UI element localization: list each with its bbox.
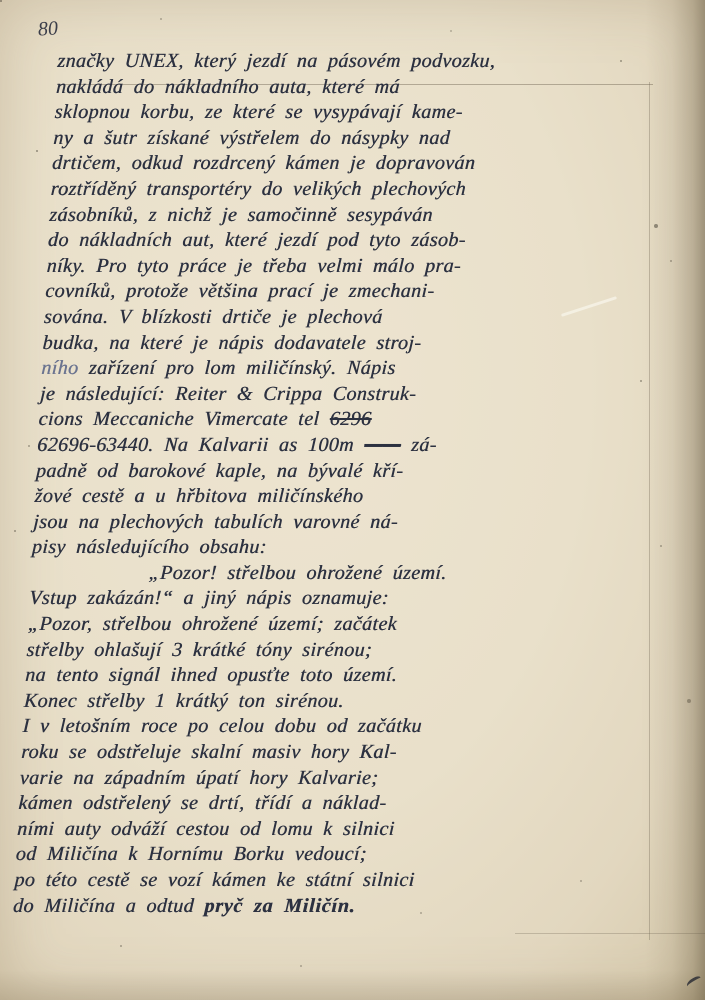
manuscript-line: jsou na plechových tabulích varovné ná- (33, 510, 630, 536)
manuscript-line: značky UNEX, který jezdí na pásovém podv… (57, 49, 654, 75)
manuscript-line: „Pozor, střelbou ohrožené území; začátek (27, 612, 624, 638)
manuscript-text-segment: roku se odstřeluje skalní masiv hory Kal… (21, 741, 398, 763)
manuscript-text-segment: níky. Pro tyto práce je třeba velmi málo… (46, 255, 462, 277)
manuscript-text-segment: po této cestě se vozí kámen ke státní si… (14, 869, 415, 891)
manuscript-text-segment: varie na západním úpatí hory Kalvarie; (19, 767, 379, 789)
manuscript-text-segment: 6296 (329, 408, 372, 430)
manuscript-text-segment: střelby ohlašují 3 krátké tóny sirénou; (26, 639, 373, 661)
manuscript-line: níky. Pro tyto práce je třeba velmi málo… (46, 254, 643, 280)
manuscript-line: do Miličína a odtud pryč za Miličín. (12, 894, 609, 920)
manuscript-text-segment: padně od barokové kaple, na bývalé kří- (35, 460, 404, 482)
manuscript-text-segment: ny a šutr získané výstřelem do násypky n… (53, 127, 451, 149)
manuscript-text-segment: je následující: Reiter & Crippa Construk… (39, 383, 417, 405)
manuscript-line: do nákladních aut, které jezdí pod tyto … (47, 228, 644, 254)
page-number: 80 (37, 17, 59, 41)
manuscript-line: ního zařízení pro lom miličínský. Nápis (41, 356, 638, 382)
manuscript-line: varie na západním úpatí hory Kalvarie; (19, 766, 616, 792)
manuscript-text-segment: drtičem, odkud rozdrcený kámen je doprav… (51, 152, 475, 174)
manuscript-text-segment: na tento signál ihned opusťte toto území… (25, 664, 398, 686)
manuscript-line: po této cestě se vozí kámen ke státní si… (14, 868, 611, 894)
manuscript-line: na tento signál ihned opusťte toto území… (24, 663, 621, 689)
manuscript-text-segment: budka, na které je nápis dodavatele stro… (42, 332, 422, 354)
manuscript-line: nakládá do nákladního auta, které má (55, 75, 652, 101)
manuscript-text-segment: značky UNEX, který jezdí na pásovém podv… (57, 50, 496, 72)
manuscript-line: střelby ohlašují 3 krátké tóny sirénou; (26, 638, 623, 664)
manuscript-line: sklopnou korbu, ze které se vysypávají k… (54, 100, 651, 126)
manuscript-line: budka, na které je nápis dodavatele stro… (42, 331, 639, 357)
page-edge-shadow-bottom (0, 970, 705, 1000)
manuscript-line: roztříděný transportéry do velikých plec… (50, 177, 647, 203)
ruled-line-right-margin (649, 82, 650, 940)
manuscript-line: I v letošním roce po celou dobu od začát… (22, 714, 619, 740)
manuscript-text-segment: do nákladních aut, které jezdí pod tyto … (47, 229, 466, 251)
manuscript-line: covníků, protože většina prací je zmecha… (45, 279, 642, 305)
manuscript-text-segment: I v letošním roce po celou dobu od začát… (22, 715, 422, 737)
manuscript-text-segment: zařízení pro lom miličínský. Nápis (78, 357, 396, 379)
manuscript-text-segment: —— (364, 434, 402, 456)
manuscript-text-segment: jsou na plechových tabulích varovné ná- (33, 511, 399, 533)
manuscript-text-segment: „Pozor! střelbou ohrožené území. (148, 562, 447, 584)
manuscript-line: roku se odstřeluje skalní masiv hory Kal… (20, 740, 617, 766)
manuscript-text-segment: sklopnou korbu, ze které se vysypávají k… (54, 101, 463, 123)
manuscript-text-block: značky UNEX, který jezdí na pásovém podv… (12, 49, 654, 919)
manuscript-line: „Pozor! střelbou ohrožené území. (30, 561, 627, 587)
manuscript-text-segment: „Pozor, střelbou ohrožené území; začátek (27, 613, 397, 635)
manuscript-text-segment: roztříděný transportéry do velikých plec… (50, 178, 466, 200)
manuscript-line: žové cestě a u hřbitova miličínského (34, 484, 631, 510)
manuscript-text-segment: pisy následujícího obsahu: (31, 536, 267, 558)
ruled-line-bottom (515, 933, 705, 934)
page-edge-shadow-right (645, 0, 705, 1000)
manuscript-text-segment: ními auty odváží cestou od lomu k silnic… (17, 818, 396, 840)
manuscript-line: kámen odstřelený se drtí, třídí a náklad… (18, 791, 615, 817)
manuscript-text-segment: do Miličína a odtud (13, 895, 205, 917)
manuscript-text-segment: od Miličína k Hornímu Borku vedoucí; (15, 843, 367, 865)
manuscript-line: 62696-63440. Na Kalvarii as 100m —— zá- (37, 433, 634, 459)
manuscript-text-segment: zá- (400, 434, 437, 456)
manuscript-text-segment: ního (41, 357, 79, 379)
manuscript-text-segment: nakládá do nákladního auta, které má (55, 76, 400, 98)
manuscript-line: ními auty odváží cestou od lomu k silnic… (16, 817, 613, 843)
manuscript-line: sována. V blízkosti drtiče je plechová (43, 305, 640, 331)
manuscript-text-segment: zásobníků, z nichž je samočinně sesypává… (49, 204, 434, 226)
manuscript-text-segment: cions Meccaniche Vimercate tel (38, 408, 330, 430)
scanned-page: 80 značky UNEX, který jezdí na pásovém p… (0, 0, 705, 1000)
paper-speckles (0, 0, 2, 2)
manuscript-text-segment: covníků, protože většina prací je zmecha… (45, 280, 435, 302)
manuscript-text-segment: Vstup zakázán!“ a jiný nápis oznamuje: (29, 587, 390, 609)
manuscript-line: pisy následujícího obsahu: (31, 535, 628, 561)
ink-mark-bottom-right (685, 975, 703, 990)
manuscript-text-segment: 62696-63440. Na Kalvarii as 100m (37, 434, 365, 456)
manuscript-line: cions Meccaniche Vimercate tel 6296 (38, 407, 635, 433)
manuscript-text-segment: kámen odstřelený se drtí, třídí a náklad… (18, 792, 387, 814)
manuscript-text-segment: Konec střelby 1 krátký ton sirénou. (23, 690, 344, 712)
manuscript-line: zásobníků, z nichž je samočinně sesypává… (49, 203, 646, 229)
manuscript-line: Vstup zakázán!“ a jiný nápis oznamuje: (28, 586, 625, 612)
manuscript-line: padně od barokové kaple, na bývalé kří- (35, 459, 632, 485)
manuscript-text-segment: sována. V blízkosti drtiče je plechová (43, 306, 383, 328)
manuscript-line: drtičem, odkud rozdrcený kámen je doprav… (51, 151, 648, 177)
manuscript-line: od Miličína k Hornímu Borku vedoucí; (15, 842, 612, 868)
manuscript-line: ny a šutr získané výstřelem do násypky n… (53, 126, 650, 152)
manuscript-text-segment: žové cestě a u hřbitova miličínského (34, 485, 364, 507)
manuscript-lines: značky UNEX, který jezdí na pásovém podv… (12, 49, 654, 919)
manuscript-line: Konec střelby 1 krátký ton sirénou. (23, 689, 620, 715)
manuscript-text-segment: pryč za Miličín. (204, 895, 356, 917)
manuscript-line: je následující: Reiter & Crippa Construk… (39, 382, 636, 408)
